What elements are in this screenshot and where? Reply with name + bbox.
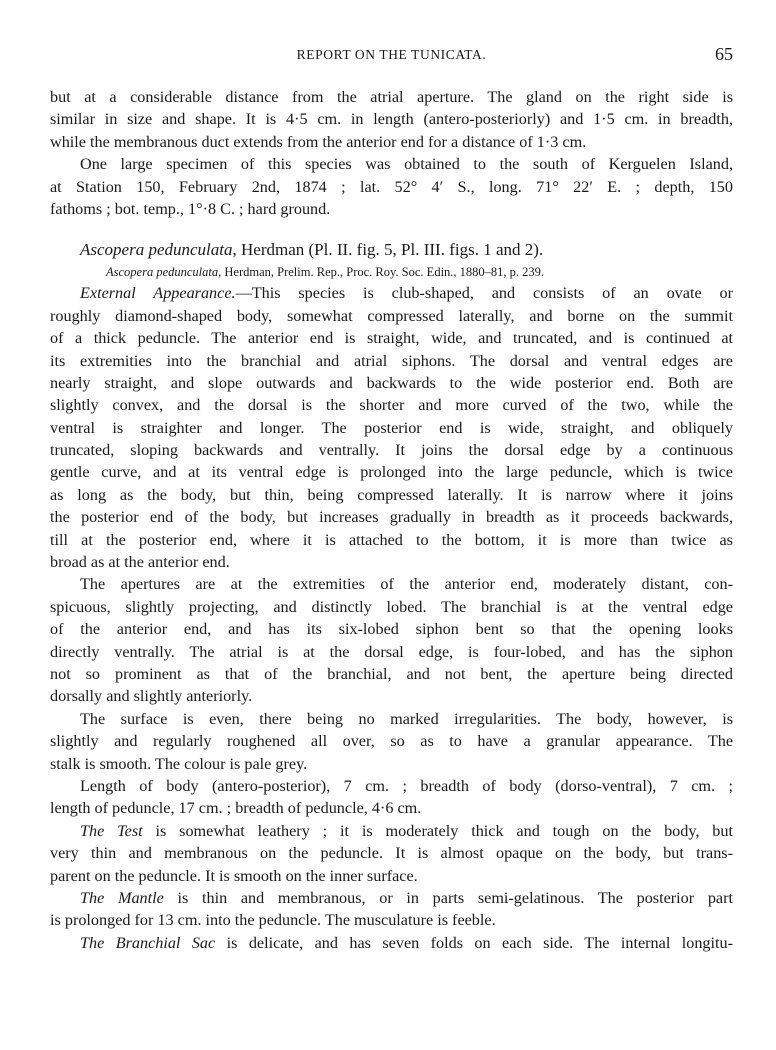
apertures-paragraph: The apertures are at the extremities of … bbox=[50, 573, 733, 707]
species-name: Ascopera pedunculata bbox=[80, 240, 233, 259]
text-line: the posterior end of the body, but incre… bbox=[50, 506, 733, 528]
text-line: fathoms ; bot. temp., 1°·8 C. ; hard gro… bbox=[50, 198, 733, 220]
page-number: 65 bbox=[715, 44, 733, 65]
continuation-paragraph: but at a considerable distance from the … bbox=[50, 86, 733, 153]
text-line: One large specimen of this species was o… bbox=[50, 153, 733, 175]
text-line: The Mantle is thin and membranous, or in… bbox=[50, 887, 733, 909]
text-line: at Station 150, February 2nd, 1874 ; lat… bbox=[50, 176, 733, 198]
branchial-sac-paragraph: The Branchial Sac is delicate, and has s… bbox=[50, 932, 733, 954]
text-line: of a thick peduncle. The anterior end is… bbox=[50, 327, 733, 349]
text-line: roughly diamond-shaped body, somewhat co… bbox=[50, 305, 733, 327]
citation-species-name: Ascopera pedunculata bbox=[106, 265, 218, 279]
text-line: Length of body (antero-posterior), 7 cm.… bbox=[50, 775, 733, 797]
text-line: broad as at the anterior end. bbox=[50, 551, 733, 573]
surface-paragraph: The surface is even, there being no mark… bbox=[50, 708, 733, 775]
section-label: The Test bbox=[80, 822, 143, 840]
text-line: its extremities into the branchial and a… bbox=[50, 350, 733, 372]
citation-rest: , Herdman, Prelim. Rep., Proc. Roy. Soc.… bbox=[218, 265, 544, 279]
text-line: is prolonged for 13 cm. into the peduncl… bbox=[50, 909, 733, 931]
text-line: while the membranous duct extends from t… bbox=[50, 131, 733, 153]
text-line: directly ventrally. The atrial is at the… bbox=[50, 641, 733, 663]
external-appearance-paragraph: External Appearance.—This species is clu… bbox=[50, 282, 733, 573]
text-line: The Test is somewhat leathery ; it is mo… bbox=[50, 820, 733, 842]
text-line: The Branchial Sac is delicate, and has s… bbox=[50, 932, 733, 954]
text-line: till at the posterior end, where it is a… bbox=[50, 529, 733, 551]
text-line: length of peduncle, 17 cm. ; breadth of … bbox=[50, 797, 733, 819]
text-line: gentle curve, and at its ventral edge is… bbox=[50, 461, 733, 483]
page-body: but at a considerable distance from the … bbox=[50, 86, 733, 954]
text-line: parent on the peduncle. It is smooth on … bbox=[50, 865, 733, 887]
measurements-paragraph: Length of body (antero-posterior), 7 cm.… bbox=[50, 775, 733, 820]
text-line: but at a considerable distance from the … bbox=[50, 86, 733, 108]
test-paragraph: The Test is somewhat leathery ; it is mo… bbox=[50, 820, 733, 887]
text-line: similar in size and shape. It is 4·5 cm.… bbox=[50, 108, 733, 130]
text-line: dorsally and slightly anteriorly. bbox=[50, 685, 733, 707]
text-line: slightly and regularly roughened all ove… bbox=[50, 730, 733, 752]
text-line: as long as the body, but thin, being com… bbox=[50, 484, 733, 506]
text-line: The apertures are at the extremities of … bbox=[50, 573, 733, 595]
text-line: The surface is even, there being no mark… bbox=[50, 708, 733, 730]
text-line: slightly convex, and the dorsal is the s… bbox=[50, 394, 733, 416]
running-title: REPORT ON THE TUNICATA. bbox=[50, 47, 733, 63]
mantle-paragraph: The Mantle is thin and membranous, or in… bbox=[50, 887, 733, 932]
text-line: truncated, sloping backwards and ventral… bbox=[50, 439, 733, 461]
specimen-paragraph: One large specimen of this species was o… bbox=[50, 153, 733, 220]
text-line: External Appearance.—This species is clu… bbox=[50, 282, 733, 304]
text-line: nearly straight, and slope outwards and … bbox=[50, 372, 733, 394]
species-heading-rest: , Herdman (Pl. II. fig. 5, Pl. III. figs… bbox=[233, 240, 544, 259]
section-label: The Branchial Sac bbox=[80, 934, 215, 952]
synonymy-citation: Ascopera pedunculata, Herdman, Prelim. R… bbox=[50, 262, 733, 282]
text-line: not so prominent as that of the branchia… bbox=[50, 663, 733, 685]
text-line: spicuous, slightly projecting, and disti… bbox=[50, 596, 733, 618]
text-line: ventral is straighter and longer. The po… bbox=[50, 417, 733, 439]
section-label: The Mantle bbox=[80, 889, 164, 907]
section-label: External Appearance. bbox=[80, 284, 236, 302]
text-line: very thin and membranous on the peduncle… bbox=[50, 842, 733, 864]
text-line: stalk is smooth. The colour is pale grey… bbox=[50, 753, 733, 775]
text-line: of the anterior end, and has its six-lob… bbox=[50, 618, 733, 640]
running-head: REPORT ON THE TUNICATA. 65 bbox=[50, 44, 733, 66]
species-heading: Ascopera pedunculata, Herdman (Pl. II. f… bbox=[50, 238, 733, 262]
